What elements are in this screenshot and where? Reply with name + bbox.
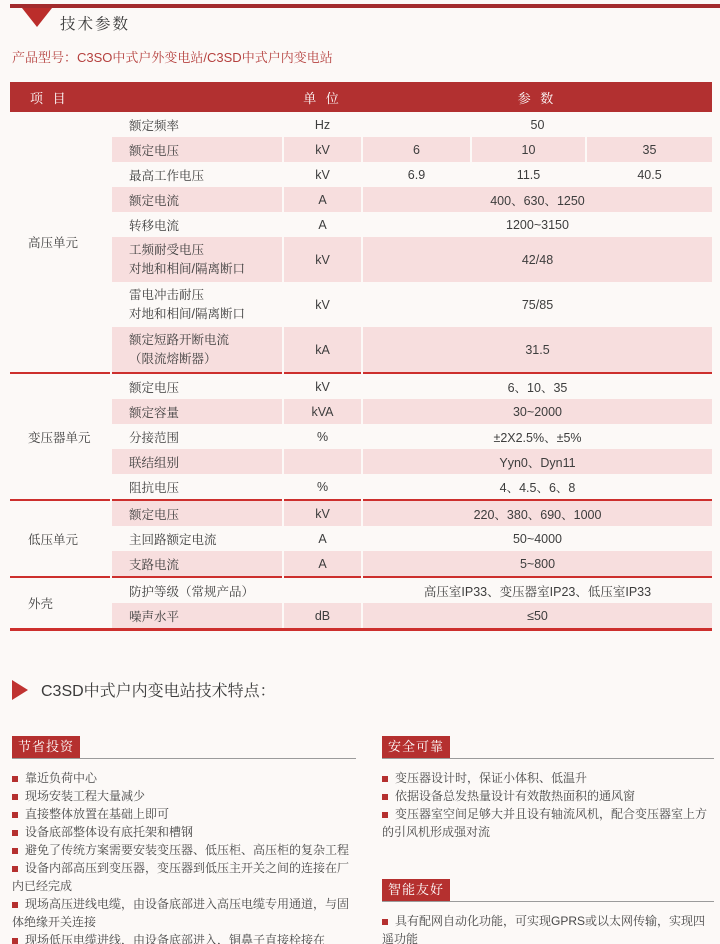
item-cell: 额定电压 [111,373,283,399]
unit-cell: kV [283,162,362,187]
feature-list-item: 设备内部高压到变压器，变压器到低压主开关之间的连接在厂内已经完成 [12,859,356,895]
unit-cell: kV [283,373,362,399]
item-cell: 联结组别 [111,449,283,474]
badge-underline: 节省投资 [12,736,356,759]
features-title: C3SD中式户内变电站技术特点： [41,678,276,701]
unit-cell: A [283,551,362,577]
square-bullet-icon [12,812,18,818]
value-cell: 高压室IP33、变压器室IP23、低压室IP33 [362,577,712,603]
value-cell: Yyn0、Dyn11 [362,449,712,474]
item-cell: 噪声水平 [111,603,283,630]
square-bullet-icon [12,776,18,782]
unit-cell: kV [283,137,362,162]
triangle-down-icon [22,8,52,27]
item-cell: 额定容量 [111,399,283,424]
value-cell: 220、380、690、1000 [362,500,712,526]
feature-list: 具有配网自动化功能，可实现GPRS或以太网传输，实现四遥功能 [382,912,714,944]
item-cell: 额定电压 [111,500,283,526]
feature-list-item: 直接整体放置在基础上即可 [12,805,356,823]
value-cell: 6 [362,137,471,162]
table-row: 低压单元额定电压kV220、380、690、1000 [10,500,712,526]
square-bullet-icon [382,776,388,782]
value-cell: 35 [586,137,712,162]
product-model-line: 产品型号：C3SO中式户外变电站/C3SD中式户内变电站 [12,47,333,66]
square-bullet-icon [12,848,18,854]
feature-columns: 节省投资靠近负荷中心现场安装工程大量减少直接整体放置在基础上即可设备底部整体设有… [12,736,714,944]
unit-cell: kVA [283,399,362,424]
square-bullet-icon [382,794,388,800]
unit-cell [283,577,362,603]
table-row: 分接范围%±2X2.5%、±5% [10,424,712,449]
feature-badge: 智能友好 [382,879,450,901]
value-cell: 31.5 [362,327,712,373]
table-row: 噪声水平dB≤50 [10,603,712,630]
feature-list-item: 避免了传统方案需要安装变压器、低压柜、高压柜的复杂工程 [12,841,356,859]
table-row: 阻抗电压%4、4.5、6、8 [10,474,712,500]
section-title-tech-params: 技术参数 [60,12,130,34]
table-row: 额定电流A400、630、1250 [10,187,712,212]
item-cell: 额定短路开断电流（限流熔断器） [111,327,283,373]
feature-list-item: 依据设备总发热量设计有效散热面积的通风窗 [382,787,714,805]
value-cell: 4、4.5、6、8 [362,474,712,500]
feature-list-item: 具有配网自动化功能，可实现GPRS或以太网传输，实现四遥功能 [382,912,714,944]
value-cell: 42/48 [362,237,712,282]
unit-cell: dB [283,603,362,630]
feature-list: 变压器设计时，保证小体积、低温升依据设备总发热量设计有效散热面积的通风窗变压器室… [382,769,714,841]
value-cell: ±2X2.5%、±5% [362,424,712,449]
feature-badge: 节省投资 [12,736,80,758]
unit-cell: kA [283,327,362,373]
category-cell: 变压器单元 [10,373,111,500]
square-bullet-icon [382,919,388,925]
unit-cell: % [283,424,362,449]
table-row: 额定电压kV61035 [10,137,712,162]
value-cell: 6、10、35 [362,373,712,399]
unit-cell: kV [283,500,362,526]
value-cell: 5~800 [362,551,712,577]
value-cell: 6.9 [362,162,471,187]
feature-list-item: 变压器室空间足够大并且设有轴流风机，配合变压器室上方的引风机形成强对流 [382,805,714,841]
unit-cell: A [283,212,362,237]
header-item: 项 目 [10,82,283,112]
table-row: 支路电流A5~800 [10,551,712,577]
item-cell: 雷电冲击耐压对地和相间/隔离断口 [111,282,283,327]
category-cell: 低压单元 [10,500,111,577]
feature-column-right: 安全可靠变压器设计时，保证小体积、低温升依据设备总发热量设计有效散热面积的通风窗… [382,736,714,944]
value-cell: 30~2000 [362,399,712,424]
item-cell: 防护等级（常规产品） [111,577,283,603]
feature-badge: 安全可靠 [382,736,450,758]
item-cell: 阻抗电压 [111,474,283,500]
unit-cell: A [283,187,362,212]
badge-underline: 智能友好 [382,879,714,902]
item-cell: 分接范围 [111,424,283,449]
table-row: 主回路额定电流A50~4000 [10,526,712,551]
item-cell: 工频耐受电压对地和相间/隔离断口 [111,237,283,282]
table-row: 外壳防护等级（常规产品）高压室IP33、变压器室IP23、低压室IP33 [10,577,712,603]
table-row: 雷电冲击耐压对地和相间/隔离断口kV75/85 [10,282,712,327]
value-cell: 50~4000 [362,526,712,551]
square-bullet-icon [12,938,18,944]
unit-cell: kV [283,237,362,282]
item-cell: 转移电流 [111,212,283,237]
value-cell: 400、630、1250 [362,187,712,212]
header-unit: 单 位 [283,82,362,112]
square-bullet-icon [382,812,388,818]
table-row: 高压单元额定频率Hz50 [10,112,712,137]
table-row: 额定短路开断电流（限流熔断器）kA31.5 [10,327,712,373]
feature-column-left: 节省投资靠近负荷中心现场安装工程大量减少直接整体放置在基础上即可设备底部整体设有… [12,736,356,944]
feature-list-item: 变压器设计时，保证小体积、低温升 [382,769,714,787]
value-cell: 1200~3150 [362,212,712,237]
top-red-bar [10,4,720,8]
square-bullet-icon [12,866,18,872]
feature-group: 安全可靠变压器设计时，保证小体积、低温升依据设备总发热量设计有效散热面积的通风窗… [382,736,714,841]
value-cell: 40.5 [586,162,712,187]
spec-table: 项 目 单 位 参 数 高压单元额定频率Hz50额定电压kV61035最高工作电… [10,82,712,631]
category-cell: 外壳 [10,577,111,630]
value-cell: 10 [471,137,586,162]
square-bullet-icon [12,830,18,836]
badge-underline: 安全可靠 [382,736,714,759]
value-cell: 11.5 [471,162,586,187]
unit-cell: A [283,526,362,551]
features-heading: C3SD中式户内变电站技术特点： [12,678,276,701]
value-cell: 50 [362,112,712,137]
feature-list: 靠近负荷中心现场安装工程大量减少直接整体放置在基础上即可设备底部整体设有底托架和… [12,769,356,944]
item-cell: 支路电流 [111,551,283,577]
value-cell: ≤50 [362,603,712,630]
triangle-right-icon [12,680,28,700]
table-row: 联结组别Yyn0、Dyn11 [10,449,712,474]
category-cell: 高压单元 [10,112,111,373]
feature-group: 节省投资靠近负荷中心现场安装工程大量减少直接整体放置在基础上即可设备底部整体设有… [12,736,356,944]
feature-list-item: 现场安装工程大量减少 [12,787,356,805]
unit-cell: Hz [283,112,362,137]
feature-list-item: 靠近负荷中心 [12,769,356,787]
table-row: 变压器单元额定电压kV6、10、35 [10,373,712,399]
unit-cell: % [283,474,362,500]
item-cell: 额定频率 [111,112,283,137]
item-cell: 最高工作电压 [111,162,283,187]
value-cell: 75/85 [362,282,712,327]
header-params: 参 数 [362,82,712,112]
table-header-row: 项 目 单 位 参 数 [10,82,712,112]
unit-cell [283,449,362,474]
item-cell: 额定电流 [111,187,283,212]
table-row: 转移电流A1200~3150 [10,212,712,237]
item-cell: 主回路额定电流 [111,526,283,551]
item-cell: 额定电压 [111,137,283,162]
feature-list-item: 设备底部整体设有底托架和槽钢 [12,823,356,841]
square-bullet-icon [12,794,18,800]
square-bullet-icon [12,902,18,908]
feature-group: 智能友好具有配网自动化功能，可实现GPRS或以太网传输，实现四遥功能 [382,879,714,944]
table-row: 最高工作电压kV6.911.540.5 [10,162,712,187]
unit-cell: kV [283,282,362,327]
table-row: 工频耐受电压对地和相间/隔离断口kV42/48 [10,237,712,282]
table-row: 额定容量kVA30~2000 [10,399,712,424]
feature-list-item: 现场高压进线电缆，由设备底部进入高压电缆专用通道，与固体绝缘开关连接 [12,895,356,931]
feature-list-item: 现场低压电缆进线，由设备底部进入，铜鼻子直接栓接在 [12,931,356,944]
